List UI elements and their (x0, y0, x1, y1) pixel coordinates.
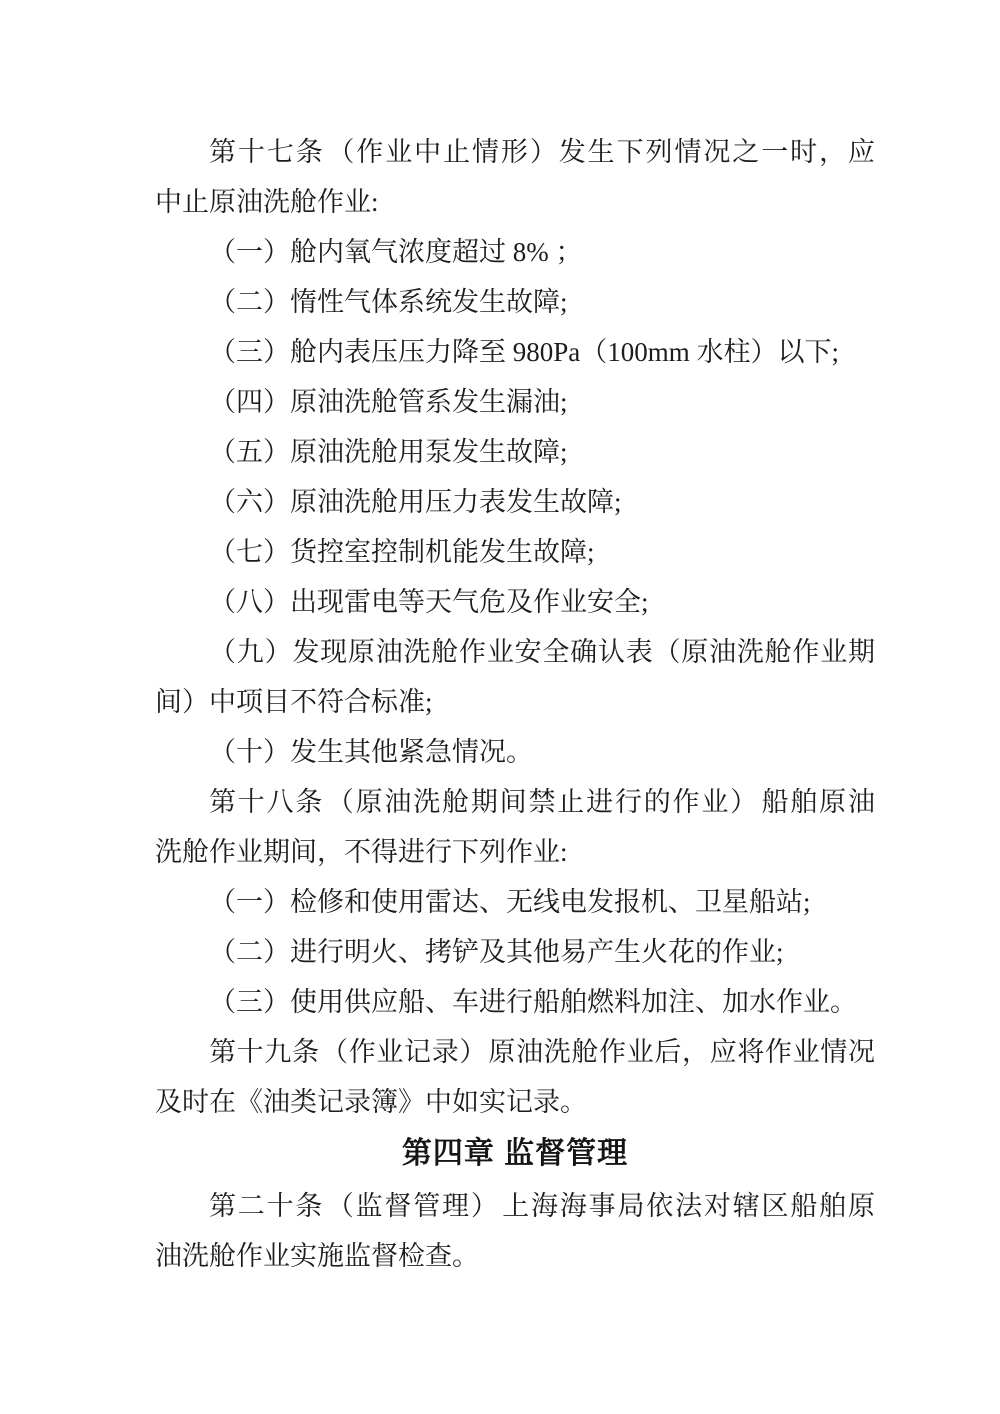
text-line: （九）发现原油洗舱作业安全确认表（原油洗舱作业期 (155, 627, 875, 677)
article-18-para: 第十八条 （原油洗舱期间禁止进行的作业） 船舶原油 洗舱作业期间，不得进行下列作… (155, 777, 875, 877)
article-17-item-2: （二）惰性气体系统发生故障; (155, 277, 875, 327)
text-line: （六）原油洗舱用压力表发生故障; (155, 477, 875, 527)
text-line: （三）使用供应船、车进行船舶燃料加注、加水作业。 (155, 977, 875, 1027)
text-line: （二）惰性气体系统发生故障; (155, 277, 875, 327)
text-line: 间）中项目不符合标准; (155, 677, 875, 727)
document-page: 第十七条 （作业中止情形）发生下列情况之一时，应 中止原油洗舱作业: （一）舱内… (0, 0, 1000, 1414)
text-line: （八）出现雷电等天气危及作业安全; (155, 577, 875, 627)
article-17-item-8: （八）出现雷电等天气危及作业安全; (155, 577, 875, 627)
text-line: 第二十条 （监督管理） 上海海事局依法对辖区船舶原 (155, 1181, 875, 1231)
article-17-item-4: （四）原油洗舱管系发生漏油; (155, 377, 875, 427)
text-line: 中止原油洗舱作业: (155, 177, 875, 227)
article-17-item-10: （十）发生其他紧急情况。 (155, 727, 875, 777)
article-18-item-2: （二）进行明火、拷铲及其他易产生火花的作业; (155, 927, 875, 977)
text-line: 第十九条 （作业记录） 原油洗舱作业后，应将作业情况 (155, 1027, 875, 1077)
text-line: 洗舱作业期间，不得进行下列作业: (155, 827, 875, 877)
article-19-para: 第十九条 （作业记录） 原油洗舱作业后，应将作业情况 及时在《油类记录簿》中如实… (155, 1027, 875, 1127)
text-line: 及时在《油类记录簿》中如实记录。 (155, 1077, 875, 1127)
text-line: 油洗舱作业实施监督检查。 (155, 1231, 875, 1281)
text-line: （一）检修和使用雷达、无线电发报机、卫星船站; (155, 877, 875, 927)
chapter-4-heading: 第四章 监督管理 (155, 1127, 875, 1181)
article-17-item-3: （三）舱内表压压力降至 980Pa（100mm 水柱）以下; (155, 327, 875, 377)
article-17-item-1: （一）舱内氧气浓度超过 8% ； (155, 227, 875, 277)
article-17-item-5: （五）原油洗舱用泵发生故障; (155, 427, 875, 477)
text-line: （三）舱内表压压力降至 980Pa（100mm 水柱）以下; (155, 327, 875, 377)
text-line: （二）进行明火、拷铲及其他易产生火花的作业; (155, 927, 875, 977)
article-18-item-3: （三）使用供应船、车进行船舶燃料加注、加水作业。 (155, 977, 875, 1027)
article-17-para: 第十七条 （作业中止情形）发生下列情况之一时，应 中止原油洗舱作业: (155, 127, 875, 227)
article-17-item-9: （九）发现原油洗舱作业安全确认表（原油洗舱作业期 间）中项目不符合标准; (155, 627, 875, 727)
text-line: （一）舱内氧气浓度超过 8% ； (155, 227, 875, 277)
article-17-item-7: （七）货控室控制机能发生故障; (155, 527, 875, 577)
text-line: 第十八条 （原油洗舱期间禁止进行的作业） 船舶原油 (155, 777, 875, 827)
text-line: （七）货控室控制机能发生故障; (155, 527, 875, 577)
text-line: 第十七条 （作业中止情形）发生下列情况之一时，应 (155, 127, 875, 177)
text-line: （四）原油洗舱管系发生漏油; (155, 377, 875, 427)
article-18-item-1: （一）检修和使用雷达、无线电发报机、卫星船站; (155, 877, 875, 927)
article-20-para: 第二十条 （监督管理） 上海海事局依法对辖区船舶原 油洗舱作业实施监督检查。 (155, 1181, 875, 1281)
article-17-item-6: （六）原油洗舱用压力表发生故障; (155, 477, 875, 527)
text-line: （五）原油洗舱用泵发生故障; (155, 427, 875, 477)
text-line: （十）发生其他紧急情况。 (155, 727, 875, 777)
